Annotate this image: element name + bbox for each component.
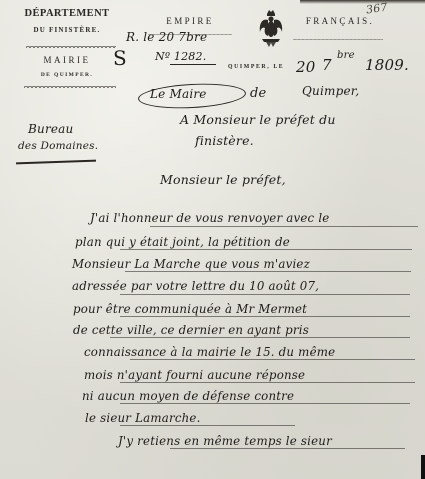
pen-stroke	[120, 294, 410, 295]
addressee-line-2: finistère.	[195, 133, 254, 148]
scan-edge-right	[421, 455, 425, 479]
archive-number: 367	[365, 1, 388, 17]
pen-stroke	[120, 316, 410, 317]
date-year: 1809.	[365, 56, 409, 74]
pen-stroke	[170, 448, 405, 449]
reference-underline	[170, 64, 216, 65]
letterhead-empire: EMPIRE	[150, 16, 230, 26]
bureau-department: des Domaines.	[18, 140, 98, 152]
letterhead-mairie-sub: DE QUIMPER.	[8, 72, 126, 78]
pen-stroke	[120, 382, 415, 383]
body-line: le sieur Lamarche.	[85, 411, 201, 425]
bureau-label: Bureau	[28, 122, 73, 136]
letterhead-department-sub: DU FINISTÈRE.	[8, 26, 126, 34]
date-month: 7	[322, 56, 332, 74]
pen-stroke	[120, 249, 412, 250]
scanned-letter-page: 367 DÉPARTEMENT DU FINISTÈRE. MAIRIE DE …	[0, 0, 425, 479]
body-line: ni aucun moyen de défense contre	[82, 389, 294, 403]
pen-stroke	[150, 226, 418, 227]
imperial-eagle-icon	[256, 8, 286, 50]
body-line: plan qui y était joint, la pétition de	[75, 235, 290, 249]
sender-title: Le Maire	[150, 87, 207, 101]
letterhead-place: QUIMPER, LE	[228, 64, 284, 70]
date-day: 20	[296, 58, 316, 76]
sender-city: Quimper,	[302, 84, 359, 98]
pen-stroke	[110, 337, 410, 338]
ornamental-rule	[24, 84, 116, 88]
letterhead-mairie: MAIRIE	[8, 55, 126, 65]
body-line: Monsieur La Marche que vous m'aviez	[72, 257, 310, 271]
salutation: Monsieur le préfet,	[160, 172, 286, 187]
pen-stroke	[125, 271, 411, 272]
sender-de: de	[250, 86, 266, 101]
body-line: J'ai l'honneur de vous renvoyer avec le	[90, 211, 329, 225]
body-line: de cette ville, ce dernier en ayant pris	[73, 323, 309, 337]
pen-stroke	[120, 425, 295, 426]
ornamental-rule	[293, 37, 383, 40]
reference-number: Nº 1282.	[155, 50, 206, 63]
bureau-underline	[16, 160, 96, 164]
date-month-suffix: bre	[337, 50, 355, 61]
reference-s-mark: S	[113, 46, 127, 70]
addressee-line-1: A Monsieur le préfet du	[180, 112, 336, 127]
letterhead-francais: FRANÇAIS.	[300, 16, 380, 26]
pen-stroke	[120, 403, 410, 404]
body-line: mois n'ayant fourni aucune réponse	[84, 368, 305, 382]
body-line: pour être communiquée à Mr Mermet	[73, 302, 307, 316]
letterhead-department: DÉPARTEMENT	[8, 8, 126, 19]
body-line: connaissance à la mairie le 15. du même	[84, 345, 335, 359]
received-date-note: R. le 20 7bre	[126, 30, 207, 44]
body-line: J'y retiens en même temps le sieur	[118, 434, 332, 448]
ornamental-rule	[26, 44, 116, 48]
body-line: adressée par votre lettre du 10 août 07,	[72, 279, 319, 293]
pen-stroke	[130, 359, 415, 360]
scan-shadow-top	[300, 0, 425, 4]
